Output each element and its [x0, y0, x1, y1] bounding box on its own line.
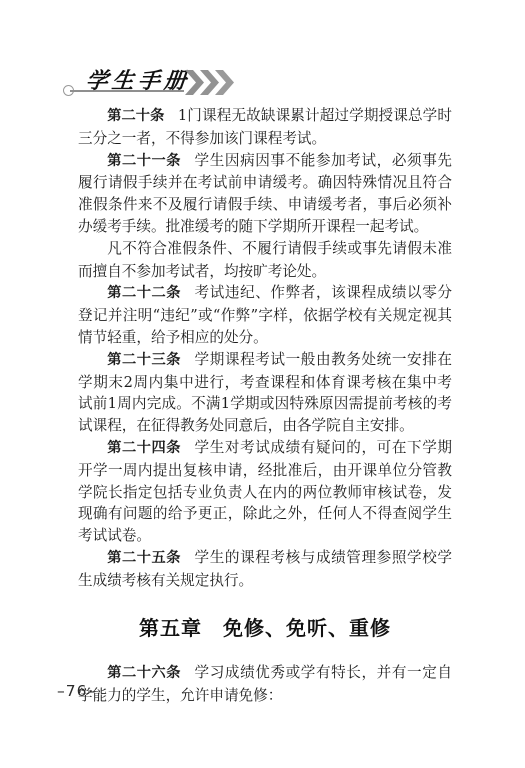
article-23-label: 第二十三条: [107, 352, 181, 368]
article-24-label: 第二十四条: [107, 440, 181, 456]
article-23: 第二十三条学期课程考试一般由教务处统一安排在学期末2周内集中进行，考查课程和体育…: [78, 349, 452, 437]
article-21-supplement-text: 凡不符合准假条件、不履行请假手续或事先请假未准而擅自不参加考试者，均按旷考论处。: [78, 240, 452, 280]
article-22-label: 第二十二条: [107, 285, 181, 301]
article-26: 第二十六条学习成绩优秀或学有特长，并有一定自学能力的学生，允许申请免修：: [78, 662, 452, 707]
article-20: 第二十条1门课程无故缺课累计超过学期授课总学时三分之一者，不得参加该门课程考试。: [78, 105, 452, 150]
article-20-label: 第二十条: [107, 108, 164, 124]
article-25-label: 第二十五条: [107, 550, 181, 566]
article-21-supplement: 凡不符合准假条件、不履行请假手续或事先请假未准而擅自不参加考试者，均按旷考论处。: [78, 238, 452, 283]
article-26-label: 第二十六条: [107, 665, 181, 681]
triple-chevron-right-icon: [184, 69, 234, 100]
chapter-5-heading: 第五章 免修、免听、重修: [78, 618, 452, 640]
article-21-label: 第二十一条: [107, 153, 181, 169]
running-head: 学生手册: [0, 0, 525, 110]
handbook-page: 学生手册 第二十条1门课程无故缺课累计超过学期授课总学时三分之一者，不得参加该门…: [0, 0, 525, 768]
article-24: 第二十四条学生对考试成绩有疑问的，可在下学期开学一周内提出复核申请，经批准后，由…: [78, 437, 452, 547]
page-number: –76–: [57, 682, 96, 700]
article-25: 第二十五条学生的课程考核与成绩管理参照学校学生成绩考核有关规定执行。: [78, 547, 452, 592]
page-body: 第二十条1门课程无故缺课累计超过学期授课总学时三分之一者，不得参加该门课程考试。…: [78, 105, 452, 707]
article-22: 第二十二条考试违纪、作弊者，该课程成绩以零分登记并注明“违纪”或“作弊”字样，依…: [78, 282, 452, 348]
handbook-title: 学生手册: [84, 64, 191, 95]
article-21: 第二十一条学生因病因事不能参加考试，必须事先履行请假手续并在考试前申请缓考。确因…: [78, 150, 452, 238]
